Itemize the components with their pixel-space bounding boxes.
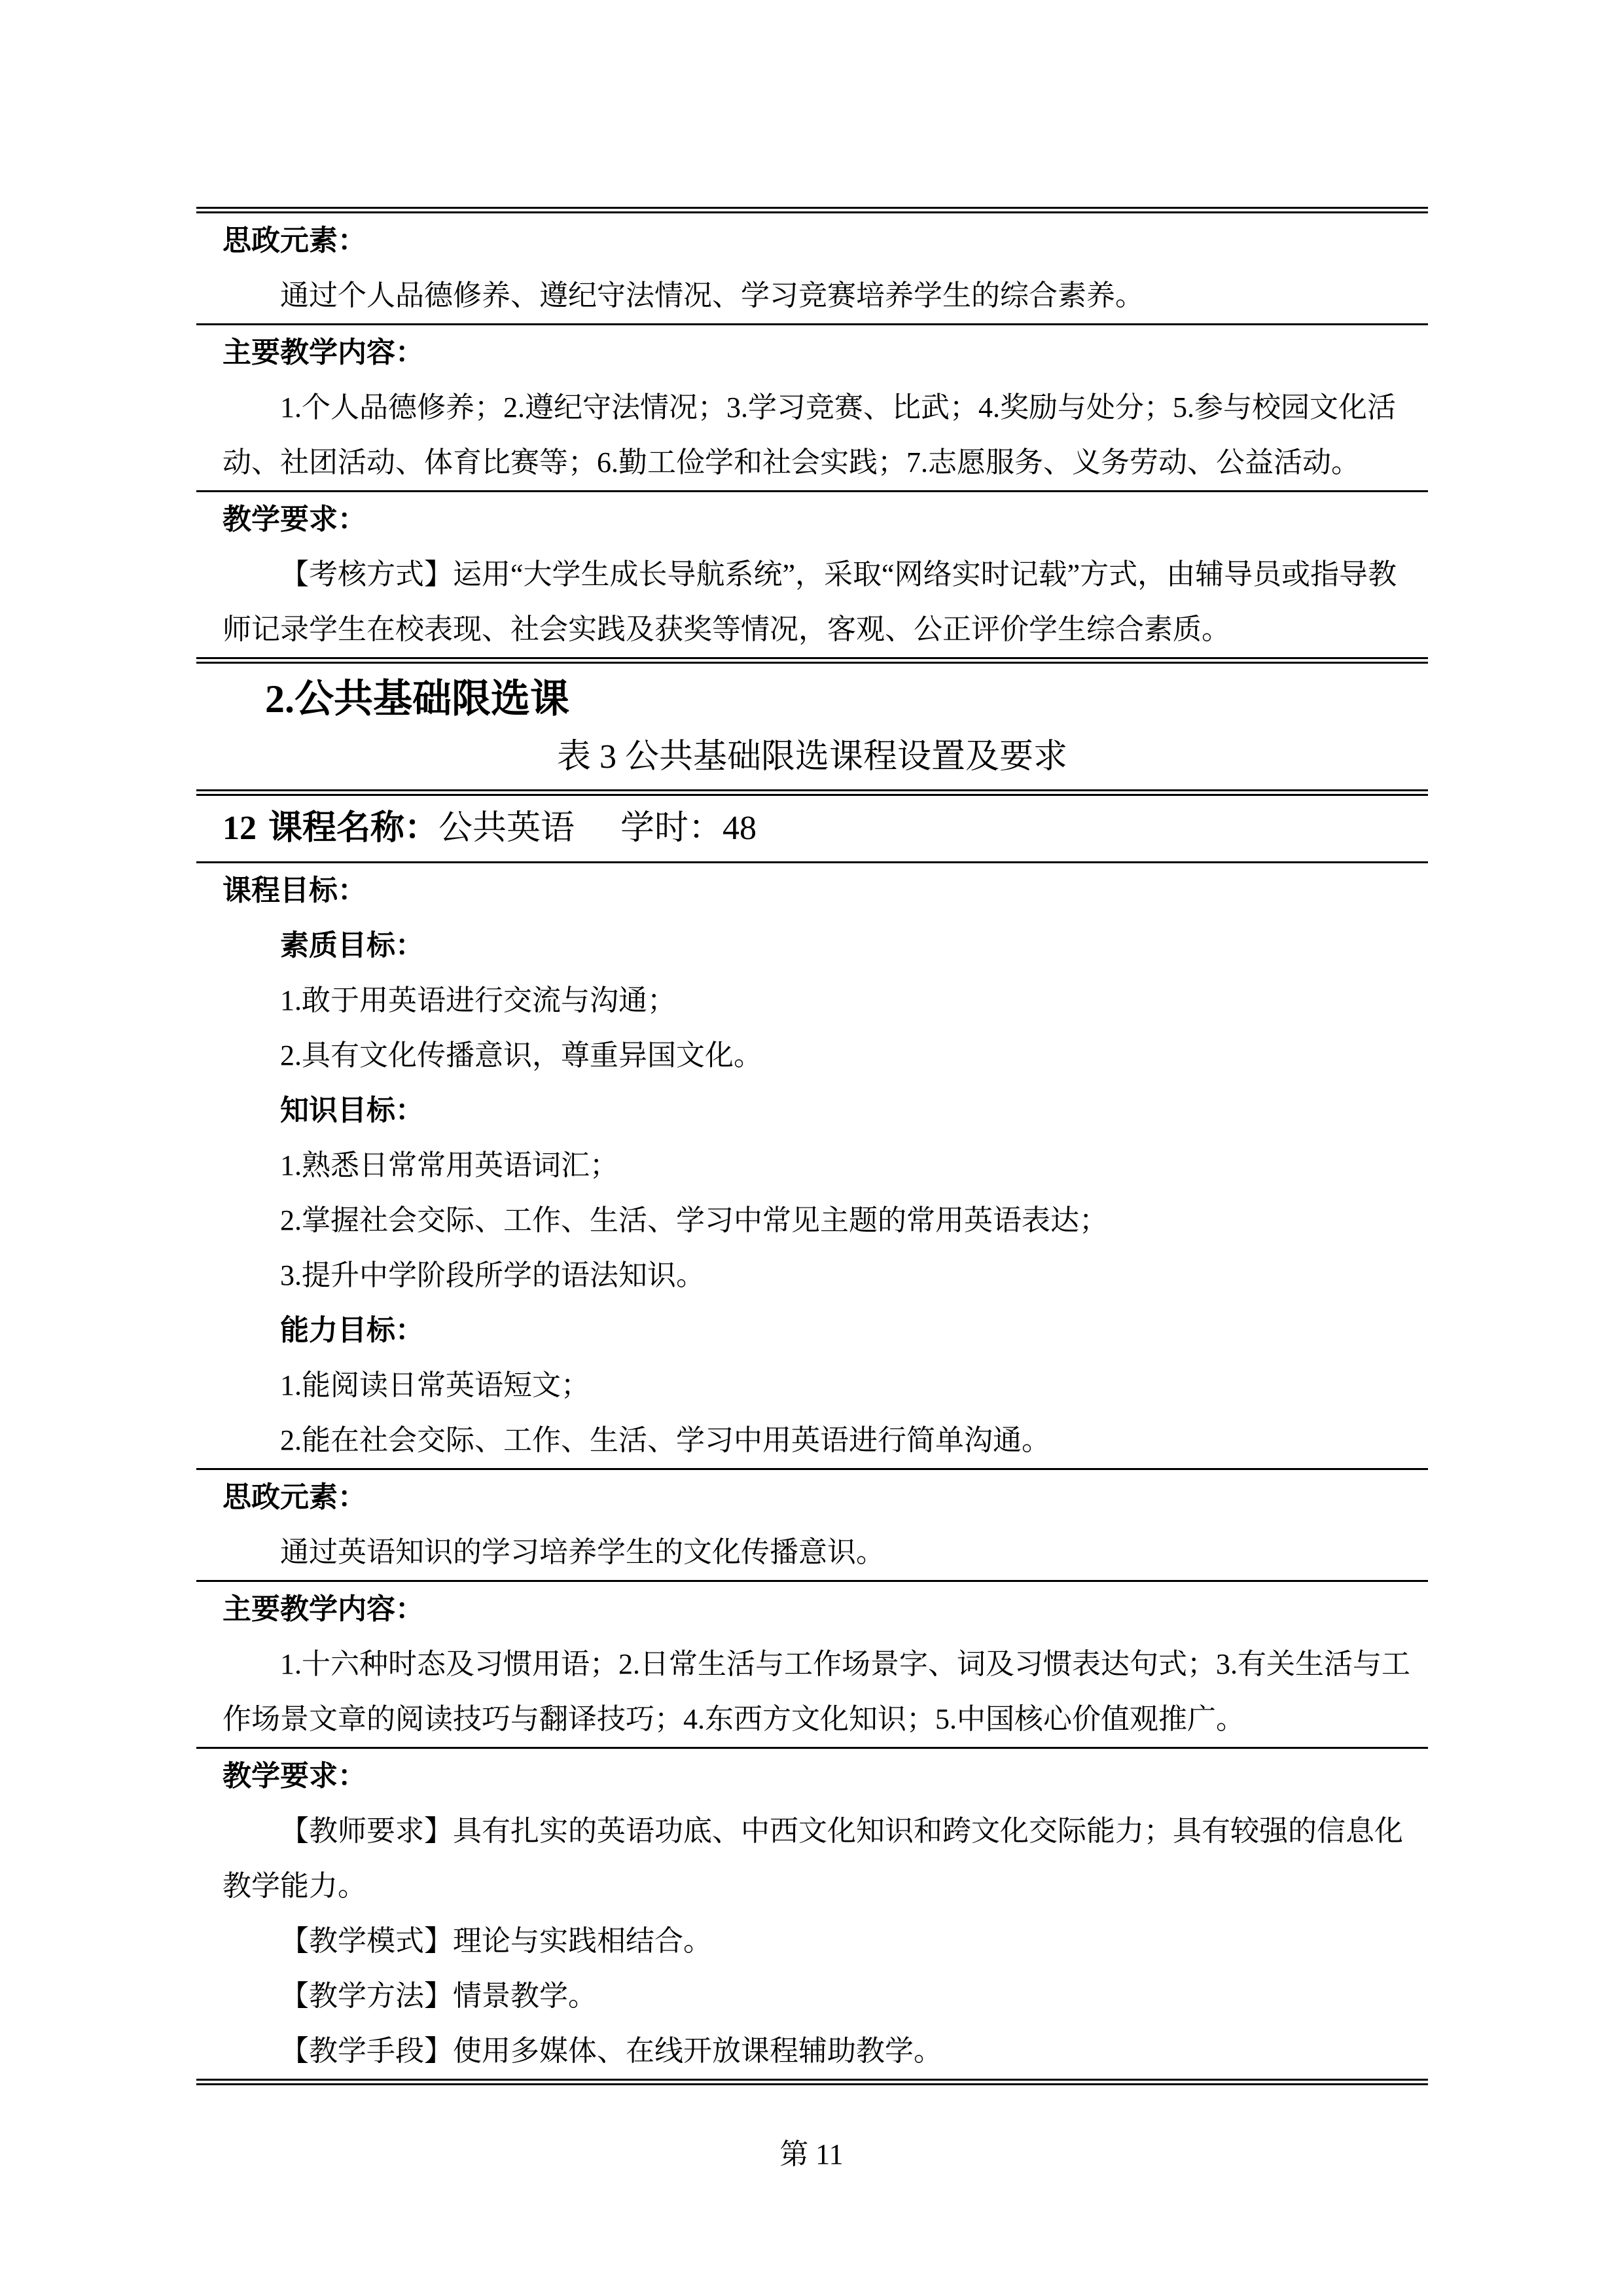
- course-goals-row: 课程目标： 素质目标： 1.敢于用英语进行交流与沟通； 2.具有文化传播意识，尊…: [196, 863, 1428, 1470]
- quality-goals-label: 素质目标：: [223, 918, 1421, 973]
- quality-goal-item: 2.具有文化传播意识，尊重异国文化。: [223, 1028, 1421, 1083]
- table-top-double-rule: [196, 207, 1428, 213]
- knowledge-goal-item: 3.提升中学阶段所学的语法知识。: [223, 1248, 1421, 1303]
- knowledge-goal-item: 2.掌握社会交际、工作、生活、学习中常见主题的常用英语表达；: [223, 1193, 1421, 1248]
- row-label: 教学要求：: [223, 1749, 1421, 1804]
- requirement-item: 【教学方法】情景教学。: [223, 1969, 1421, 2024]
- ability-goals-label: 能力目标：: [223, 1303, 1421, 1358]
- requirement-item: 【教学手段】使用多媒体、在线开放课程辅助教学。: [223, 2024, 1421, 2079]
- course-table-top-double-rule: [196, 789, 1428, 796]
- ability-goal-item: 1.能阅读日常英语短文；: [223, 1358, 1421, 1413]
- course-table-bottom-double-rule: [196, 2079, 1428, 2085]
- page-footer: 第 11: [0, 2135, 1623, 2174]
- table-bottom-double-rule: [196, 657, 1428, 664]
- course-number: 12: [223, 810, 257, 847]
- course-title-row: 12课程名称：公共英语学时：48: [196, 796, 1428, 863]
- row-label: 主要教学内容：: [223, 325, 1421, 380]
- table-row-content-prev: 主要教学内容： 1.个人品德修养；2.遵纪守法情况；3.学习竞赛、比武；4.奖励…: [196, 325, 1428, 492]
- ability-goal-item: 2.能在社会交际、工作、生活、学习中用英语进行简单沟通。: [223, 1413, 1421, 1468]
- quality-goal-item: 1.敢于用英语进行交流与沟通；: [223, 973, 1421, 1028]
- requirement-item: 【教学模式】理论与实践相结合。: [223, 1914, 1421, 1969]
- knowledge-goal-item: 1.熟悉日常常用英语词汇；: [223, 1138, 1421, 1193]
- section-heading: 2.公共基础限选课: [265, 668, 1428, 730]
- course-ideology-row: 思政元素： 通过英语知识的学习培养学生的文化传播意识。: [196, 1470, 1428, 1582]
- row-label: 思政元素：: [223, 1470, 1421, 1525]
- row-text: 1.个人品德修养；2.遵纪守法情况；3.学习竞赛、比武；4.奖励与处分；5.参与…: [223, 380, 1421, 490]
- row-label: 思政元素：: [223, 213, 1421, 268]
- knowledge-goals-label: 知识目标：: [223, 1083, 1421, 1138]
- course-content-row: 主要教学内容： 1.十六种时态及习惯用语；2.日常生活与工作场景字、词及习惯表达…: [196, 1582, 1428, 1749]
- course-name-value: 公共英语: [438, 810, 575, 847]
- course-hours-value: 48: [722, 810, 757, 847]
- requirement-item: 【教师要求】具有扎实的英语功底、中西文化知识和跨文化交际能力；具有较强的信息化教…: [223, 1804, 1421, 1914]
- course-hours-label: 学时：: [620, 810, 722, 847]
- row-text: 【考核方式】运用“大学生成长导航系统”，采取“网络实时记载”方式，由辅导员或指导…: [223, 547, 1421, 657]
- document-page: 思政元素： 通过个人品德修养、遵纪守法情况、学习竞赛培养学生的综合素养。 主要教…: [0, 0, 1623, 2296]
- table-caption: 表 3 公共基础限选课程设置及要求: [196, 730, 1428, 784]
- row-label: 主要教学内容：: [223, 1582, 1421, 1637]
- course-requirements-row: 教学要求： 【教师要求】具有扎实的英语功底、中西文化知识和跨文化交际能力；具有较…: [196, 1749, 1428, 2079]
- course-title-line: 12课程名称：公共英语学时：48: [223, 796, 1421, 861]
- page-content: 思政元素： 通过个人品德修养、遵纪守法情况、学习竞赛培养学生的综合素养。 主要教…: [196, 207, 1428, 2085]
- row-text: 通过个人品德修养、遵纪守法情况、学习竞赛培养学生的综合素养。: [223, 268, 1421, 323]
- row-text: 1.十六种时态及习惯用语；2.日常生活与工作场景字、词及习惯表达句式；3.有关生…: [223, 1637, 1421, 1747]
- goals-label: 课程目标：: [223, 863, 1421, 918]
- table-row-ideology-prev: 思政元素： 通过个人品德修养、遵纪守法情况、学习竞赛培养学生的综合素养。: [196, 213, 1428, 325]
- row-label: 教学要求：: [223, 492, 1421, 547]
- table-row-requirements-prev: 教学要求： 【考核方式】运用“大学生成长导航系统”，采取“网络实时记载”方式，由…: [196, 492, 1428, 657]
- course-name-label: 课程名称：: [268, 810, 438, 847]
- row-text: 通过英语知识的学习培养学生的文化传播意识。: [223, 1525, 1421, 1580]
